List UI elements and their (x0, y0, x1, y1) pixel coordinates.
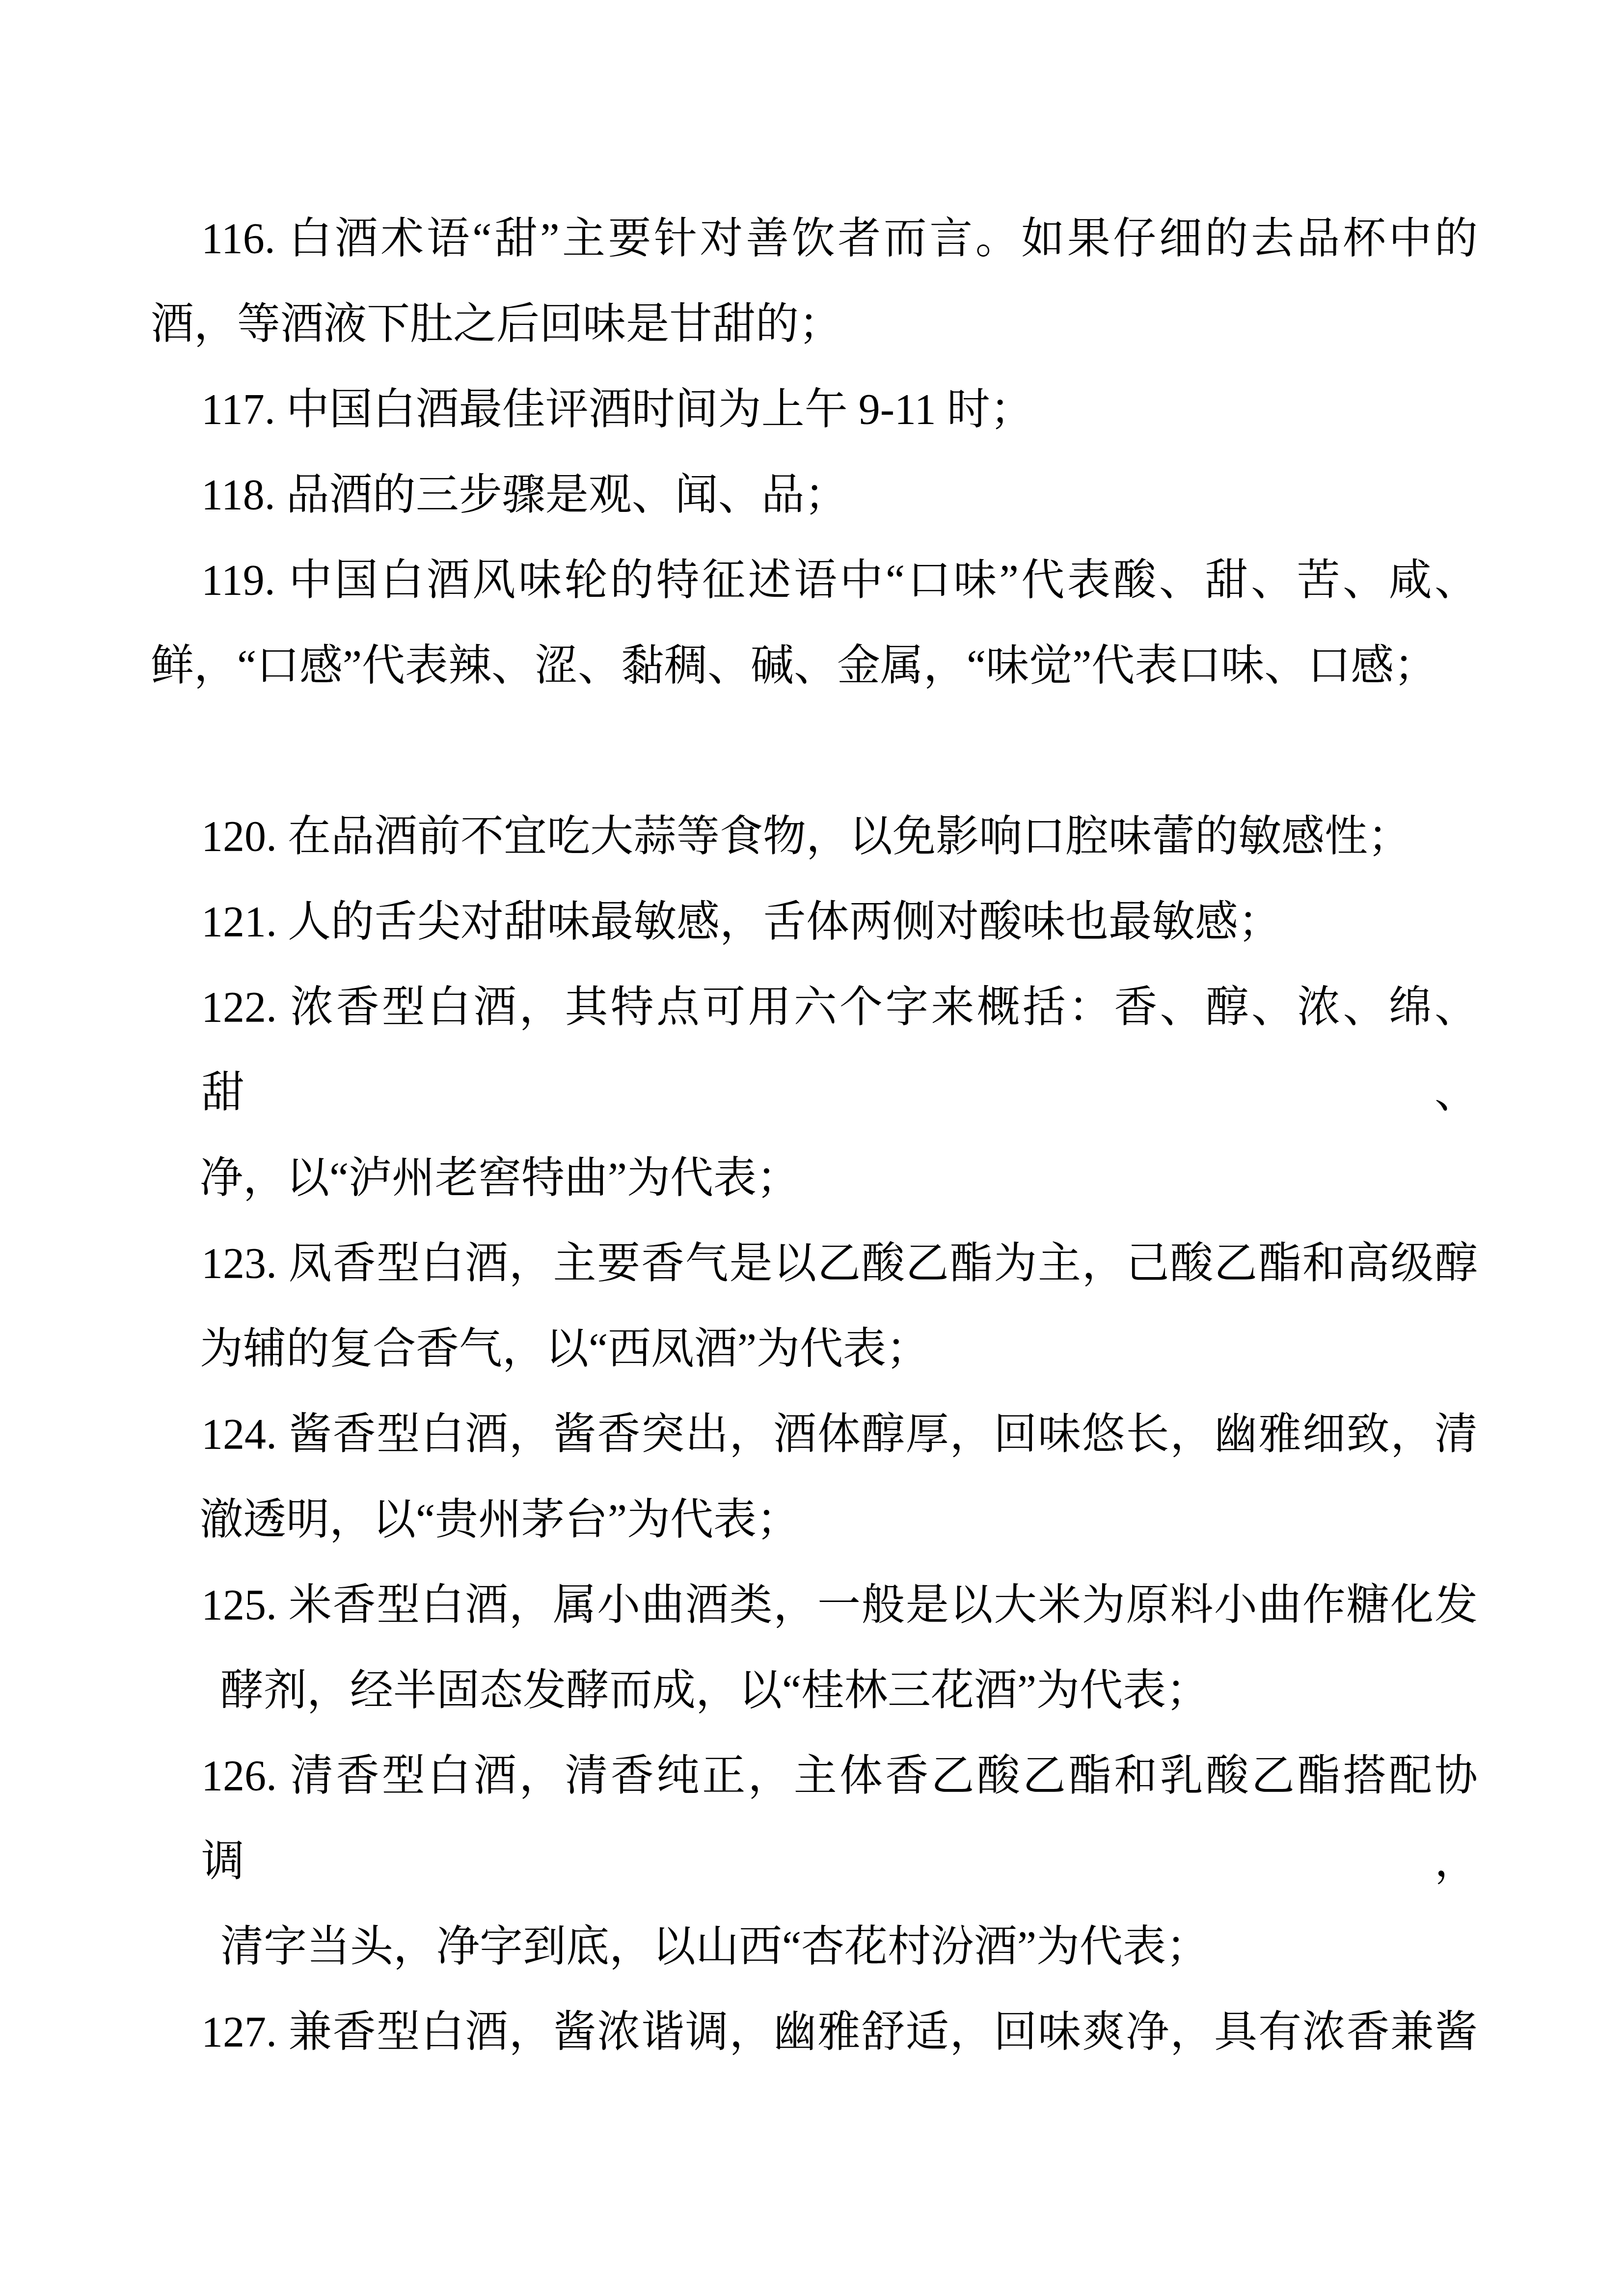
line-118: 118. 品酒的三步骤是观、闻、品； (151, 453, 1478, 538)
blank-line (151, 709, 1478, 794)
document-text-block: 116. 白酒术语“甜”主要针对善饮者而言。如果仔细的去品杯中的 酒，等酒液下肚… (151, 196, 1478, 2075)
line-124-first: 124. 酱香型白酒，酱香突出，酒体醇厚，回味悠长，幽雅细致，清 (151, 1392, 1478, 1477)
line-123-continuation: 为辅的复合香气，以“西凤酒”为代表； (151, 1307, 1478, 1392)
line-120: 120. 在品酒前不宜吃大蒜等食物，以免影响口腔味蕾的敏感性； (151, 794, 1478, 880)
line-116-continuation: 酒，等酒液下肚之后回味是甘甜的； (151, 282, 1478, 367)
line-125-first: 125. 米香型白酒，属小曲酒类，一般是以大米为原料小曲作糖化发 (151, 1563, 1478, 1648)
line-123-first: 123. 凤香型白酒，主要香气是以乙酸乙酯为主，己酸乙酯和高级醇 (151, 1221, 1478, 1307)
line-124-continuation: 澈透明，以“贵州茅台”为代表； (151, 1477, 1478, 1563)
line-126-first: 126. 清香型白酒，清香纯正，主体香乙酸乙酯和乳酸乙酯搭配协调， (151, 1734, 1478, 1819)
line-116-first: 116. 白酒术语“甜”主要针对善饮者而言。如果仔细的去品杯中的 (151, 196, 1478, 282)
line-125-continuation: 酵剂，经半固态发酵而成，以“桂林三花酒”为代表； (151, 1648, 1478, 1734)
line-117: 117. 中国白酒最佳评酒时间为上午 9-11 时； (151, 367, 1478, 453)
line-119-first: 119. 中国白酒风味轮的特征述语中“口味”代表酸、甜、苦、咸、 (151, 538, 1478, 623)
line-127: 127. 兼香型白酒，酱浓谐调，幽雅舒适，回味爽净，具有浓香兼酱 (151, 1990, 1478, 2075)
line-122-continuation: 净，以“泸州老窖特曲”为代表； (151, 1136, 1478, 1221)
line-122-first: 122. 浓香型白酒，其特点可用六个字来概括：香、醇、浓、绵、甜、 (151, 965, 1478, 1050)
line-121: 121. 人的舌尖对甜味最敏感，舌体两侧对酸味也最敏感； (151, 880, 1478, 965)
line-126-continuation: 清字当头，净字到底，以山西“杏花村汾酒”为代表； (151, 1904, 1478, 1990)
document-page: 116. 白酒术语“甜”主要针对善饮者而言。如果仔细的去品杯中的 酒，等酒液下肚… (0, 0, 1624, 2296)
line-119-continuation: 鲜，“口感”代表辣、涩、黏稠、碱、金属，“味觉”代表口味、口感； (151, 623, 1478, 709)
